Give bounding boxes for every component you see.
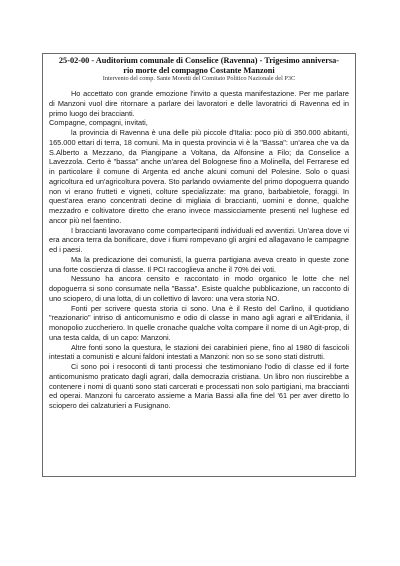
paragraph: Ho accettato con grande emozione l'invit… xyxy=(49,89,349,118)
paragraph: Nessuno ha ancora censito e raccontato i… xyxy=(49,274,349,303)
paragraph-salutation: Compagne, compagni, invitati, xyxy=(49,118,349,128)
document-subtitle: Intervento del comp. Sante Moretti del C… xyxy=(49,75,349,83)
paragraph: Fonti per scrivere questa storia ci sono… xyxy=(49,304,349,343)
paragraph: la provincia di Ravenna è una delle più … xyxy=(49,128,349,226)
paragraph: Ci sono poi i resoconti di tanti process… xyxy=(49,362,349,411)
paragraph: I braccianti lavoravano come compartecip… xyxy=(49,226,349,255)
paragraph: Altre fonti sono la questura, le stazion… xyxy=(49,343,349,363)
document-title-line-2: rio morte del compagno Costante Manzoni xyxy=(49,66,349,76)
document-frame: 25-02-00 - Auditorium comunale di Consel… xyxy=(42,53,356,477)
paragraph: Ma la predicazione dei comunisti, la gue… xyxy=(49,255,349,275)
document-title-line-1: 25-02-00 - Auditorium comunale di Consel… xyxy=(49,56,349,66)
